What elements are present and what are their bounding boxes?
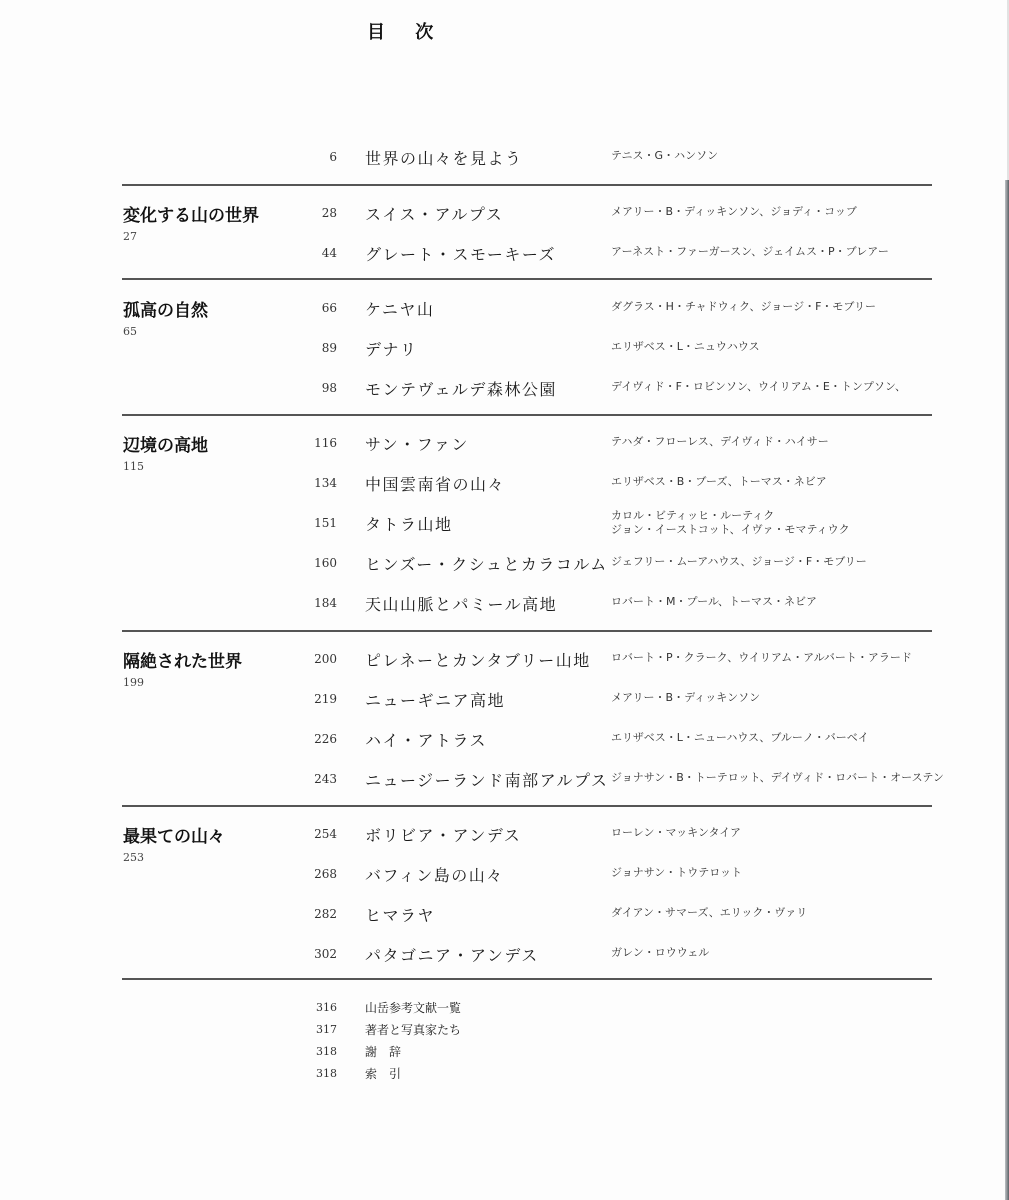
entry-title: パタゴニア・アンデス	[365, 943, 539, 966]
entry-title: ハイ・アトラス	[365, 728, 487, 751]
entry-authors: エリザベス・B・ブーズ、トーマス・ネビア	[611, 475, 827, 489]
section-divider	[122, 278, 932, 280]
toc-entry[interactable]: 116 サン・ファン テハダ・フローレス、デイヴィド・ハイサー	[0, 432, 1009, 456]
entry-page-number: 160	[300, 556, 337, 570]
entry-authors: エリザベス・L・ニューハウス、ブルーノ・バーベイ	[611, 731, 869, 745]
entry-title: ニューギニア高地	[365, 688, 505, 711]
entry-authors: テニス・G・ハンソン	[611, 149, 718, 163]
entry-page-number: 302	[300, 947, 337, 961]
entry-authors: ダイアン・サマーズ、エリック・ヴァリ	[611, 906, 807, 920]
entry-page-number: 184	[300, 596, 337, 610]
toc-entry[interactable]: 134 中国雲南省の山々 エリザベス・B・ブーズ、トーマス・ネビア	[0, 472, 1009, 496]
entry-title: 著者と写真家たち	[365, 1021, 461, 1038]
entry-title: 天山山脈とパミール高地	[365, 592, 557, 615]
section-divider	[122, 184, 932, 186]
entry-page-number: 318	[310, 1067, 337, 1080]
entry-page-number: 98	[300, 381, 337, 395]
toc-entry[interactable]: 200 ピレネーとカンタブリー山地 ロバート・P・クラーク、ウイリアム・アルバー…	[0, 648, 1009, 672]
entry-title: 世界の山々を見よう	[365, 146, 523, 169]
toc-entry[interactable]: 98 モンテヴェルデ森林公園 デイヴィド・F・ロビンソン、ウイリアム・E・トンプ…	[0, 377, 1009, 401]
entry-title: ヒマラヤ	[365, 903, 435, 926]
toc-entry[interactable]: 28 スイス・アルプス メアリー・B・ディッキンソン、ジョディ・コッブ	[0, 202, 1009, 226]
entry-title: バフィン島の山々	[365, 863, 504, 886]
entry-page-number: 28	[300, 206, 337, 220]
back-matter-entry[interactable]: 318 謝 辞	[0, 1043, 1009, 1063]
entry-title: サン・ファン	[365, 432, 469, 455]
entry-page-number: 317	[310, 1023, 337, 1036]
page-title: 目 次	[367, 18, 445, 44]
toc-entry[interactable]: 151 タトラ山地 カロル・ビティッヒ・ルーティク ジョン・イーストコット、イヴ…	[0, 512, 1009, 536]
entry-page-number: 200	[300, 652, 337, 666]
entry-page-number: 282	[300, 907, 337, 921]
toc-entry[interactable]: 184 天山山脈とパミール高地 ロバート・M・プール、トーマス・ネビア	[0, 592, 1009, 616]
entry-page-number: 219	[300, 692, 337, 706]
entry-authors-line-1: カロル・ビティッヒ・ルーティク	[611, 509, 850, 523]
section-divider	[122, 630, 932, 632]
entry-page-number: 66	[300, 301, 337, 315]
entry-authors: ロバート・M・プール、トーマス・ネビア	[611, 595, 817, 609]
entry-title: 索 引	[365, 1065, 401, 1082]
back-matter-entry[interactable]: 316 山岳参考文献一覧	[0, 999, 1009, 1019]
entry-page-number: 254	[300, 827, 337, 841]
entry-authors: ローレン・マッキンタイア	[611, 826, 741, 840]
entry-title: ニュージーランド南部アルプス	[365, 768, 608, 791]
entry-title: スイス・アルプス	[365, 202, 503, 225]
toc-entry-intro[interactable]: 6 世界の山々を見よう テニス・G・ハンソン	[0, 146, 1009, 170]
toc-entry[interactable]: 160 ヒンズー・クシュとカラコルム ジェフリー・ムーアハウス、ジョージ・F・モ…	[0, 552, 1009, 576]
entry-title: 山岳参考文献一覧	[365, 999, 461, 1016]
entry-page-number: 134	[300, 476, 337, 490]
toc-entry[interactable]: 226 ハイ・アトラス エリザベス・L・ニューハウス、ブルーノ・バーベイ	[0, 728, 1009, 752]
entry-authors: ジョナサン・B・トーテロット、デイヴィド・ロバート・オーステン	[611, 771, 944, 785]
entry-page-number: 243	[300, 772, 337, 786]
entry-authors: ジョナサン・トウテロット	[611, 866, 742, 880]
toc-entry[interactable]: 243 ニュージーランド南部アルプス ジョナサン・B・トーテロット、デイヴィド・…	[0, 768, 1009, 792]
entry-title: ピレネーとカンタブリー山地	[365, 648, 591, 671]
section-divider	[122, 805, 932, 807]
entry-title: 中国雲南省の山々	[365, 472, 505, 495]
entry-page-number: 226	[300, 732, 337, 746]
toc-entry[interactable]: 254 ボリビア・アンデス ローレン・マッキンタイア	[0, 823, 1009, 847]
toc-entry[interactable]: 44 グレート・スモーキーズ アーネスト・ファーガースン、ジェイムス・P・ブレア…	[0, 242, 1009, 266]
entry-page-number: 6	[300, 150, 337, 164]
toc-entry[interactable]: 219 ニューギニア高地 メアリー・B・ディッキンソン	[0, 688, 1009, 712]
section-divider	[122, 414, 932, 416]
entry-authors-line-2: ジョン・イーストコット、イヴァ・モマティウク	[611, 523, 850, 537]
entry-title: ボリビア・アンデス	[365, 823, 521, 846]
entry-authors: ロバート・P・クラーク、ウイリアム・アルバート・アラード	[611, 651, 912, 665]
entry-authors: ガレン・ロウウェル	[611, 946, 709, 960]
entry-authors: テハダ・フローレス、デイヴィド・ハイサー	[611, 435, 829, 449]
entry-page-number: 268	[300, 867, 337, 881]
entry-authors: カロル・ビティッヒ・ルーティク ジョン・イーストコット、イヴァ・モマティウク	[611, 509, 850, 537]
entry-authors: メアリー・B・ディッキンソン	[611, 691, 760, 705]
entry-page-number: 151	[300, 516, 337, 530]
back-matter-entry[interactable]: 317 著者と写真家たち	[0, 1021, 1009, 1041]
entry-authors: アーネスト・ファーガースン、ジェイムス・P・ブレアー	[611, 245, 889, 259]
entry-title: モンテヴェルデ森林公園	[365, 377, 557, 400]
toc-entry[interactable]: 89 デナリ エリザベス・L・ニュウハウス	[0, 337, 1009, 361]
entry-title: ケニヤ山	[365, 297, 434, 320]
entry-page-number: 316	[310, 1001, 337, 1014]
entry-page-number: 318	[310, 1045, 337, 1058]
back-matter-entry[interactable]: 318 索 引	[0, 1065, 1009, 1085]
entry-authors: エリザベス・L・ニュウハウス	[611, 340, 760, 354]
entry-page-number: 89	[300, 341, 337, 355]
entry-title: タトラ山地	[365, 512, 453, 535]
entry-title: 謝 辞	[365, 1043, 401, 1060]
entry-title: デナリ	[365, 337, 418, 360]
entry-page-number: 116	[300, 436, 337, 450]
entry-authors: メアリー・B・ディッキンソン、ジョディ・コッブ	[611, 205, 857, 219]
entry-authors: デイヴィド・F・ロビンソン、ウイリアム・E・トンプソン、	[611, 380, 906, 394]
entry-title: グレート・スモーキーズ	[365, 242, 556, 265]
toc-entry[interactable]: 66 ケニヤ山 ダグラス・H・チャドウィク、ジョージ・F・モブリー	[0, 297, 1009, 321]
entry-page-number: 44	[300, 246, 337, 260]
section-divider	[122, 978, 932, 980]
toc-entry[interactable]: 302 パタゴニア・アンデス ガレン・ロウウェル	[0, 943, 1009, 967]
toc-entry[interactable]: 282 ヒマラヤ ダイアン・サマーズ、エリック・ヴァリ	[0, 903, 1009, 927]
entry-authors: ジェフリー・ムーアハウス、ジョージ・F・モブリー	[611, 555, 867, 569]
entry-title: ヒンズー・クシュとカラコルム	[365, 552, 608, 575]
toc-entry[interactable]: 268 バフィン島の山々 ジョナサン・トウテロット	[0, 863, 1009, 887]
entry-authors: ダグラス・H・チャドウィク、ジョージ・F・モブリー	[611, 300, 876, 314]
